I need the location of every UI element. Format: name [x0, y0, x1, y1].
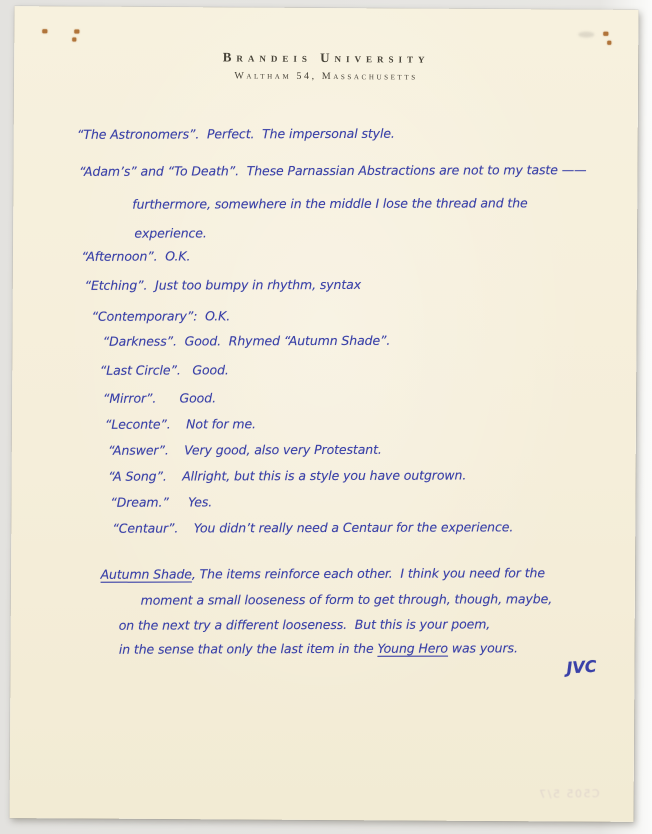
handwritten-line: furthermore, somewhere in the middle I l…: [132, 195, 527, 211]
text-segment: “Darkness”. Good. Rhymed “Autumn Shade”.: [103, 333, 391, 349]
pencil-smudge: [578, 32, 594, 38]
text-segment: “Answer”. Very good, also very Protestan…: [108, 442, 382, 458]
handwritten-line: “Answer”. Very good, also very Protestan…: [108, 442, 382, 458]
handwritten-line: moment a small looseness of form to get …: [141, 591, 552, 607]
text-segment: was yours.: [448, 640, 518, 655]
handwritten-line: “Last Circle”. Good.: [100, 362, 229, 377]
handwritten-line: “Dream.” Yes.: [110, 494, 212, 509]
text-segment: “Contemporary”: O.K.: [92, 308, 231, 323]
handwritten-line: on the next try a different looseness. B…: [119, 616, 490, 632]
text-segment: “Leconte”. Not for me.: [105, 416, 256, 432]
handwritten-line: “Etching”. Just too bumpy in rhythm, syn…: [85, 277, 362, 293]
text-segment: furthermore, somewhere in the middle I l…: [132, 195, 527, 211]
text-segment: “A Song”. Allright, but this is a style …: [108, 468, 466, 484]
text-segment: “Centaur”. You didn’t really need a Cent…: [112, 519, 513, 535]
text-segment: , The items reinforce each other. I thin…: [192, 565, 545, 581]
handwritten-line: in the sense that only the last item in …: [119, 640, 518, 656]
handwritten-line: Autumn Shade, The items reinforce each o…: [101, 565, 545, 582]
handwritten-line: “Darkness”. Good. Rhymed “Autumn Shade”.: [103, 333, 391, 349]
handwritten-line: “Mirror”. Good.: [103, 390, 216, 405]
handwritten-line: experience.: [134, 225, 206, 240]
text-segment: on the next try a different looseness. B…: [119, 616, 490, 632]
handwritten-line: “Afternoon”. O.K.: [81, 248, 190, 263]
handwritten-line: “Contemporary”: O.K.: [92, 308, 231, 323]
text-segment: “Mirror”. Good.: [103, 390, 216, 405]
text-segment: moment a small looseness of form to get …: [141, 591, 552, 607]
text-segment: “The Astronomers”. Perfect. The imperson…: [77, 126, 395, 142]
handwritten-line: “Leconte”. Not for me.: [105, 416, 256, 432]
rust-spot: [72, 37, 76, 41]
rust-spot: [607, 41, 611, 45]
text-segment: “Dream.” Yes.: [110, 494, 212, 509]
handwritten-line: “The Astronomers”. Perfect. The imperson…: [77, 126, 395, 142]
text-segment: “Etching”. Just too bumpy in rhythm, syn…: [85, 277, 362, 293]
handwritten-line: “Adam’s” and “To Death”. These Parnassia…: [79, 162, 586, 179]
letter-paper: Brandeis University Waltham 54, Massachu…: [10, 6, 639, 822]
rust-spot: [603, 32, 608, 36]
handwritten-line: “A Song”. Allright, but this is a style …: [108, 468, 466, 484]
signature-initials: JVC: [566, 657, 597, 678]
text-segment: in the sense that only the last item in …: [119, 641, 378, 657]
text-segment: “Adam’s” and “To Death”. These Parnassia…: [79, 162, 586, 179]
underlined-phrase: Autumn Shade: [101, 566, 192, 581]
rust-spot: [42, 29, 47, 33]
ghost-stamp: C505 5/7: [538, 787, 600, 801]
handwritten-body: “The Astronomers”. Perfect. The imperson…: [11, 7, 638, 821]
text-segment: “Afternoon”. O.K.: [81, 248, 190, 263]
text-segment: “Last Circle”. Good.: [100, 362, 229, 377]
rust-spot: [74, 29, 79, 33]
text-segment: experience.: [134, 225, 206, 240]
underlined-phrase: Young Hero: [377, 641, 448, 656]
scanned-letter: Brandeis University Waltham 54, Massachu…: [0, 0, 652, 834]
handwritten-line: “Centaur”. You didn’t really need a Cent…: [112, 519, 513, 535]
